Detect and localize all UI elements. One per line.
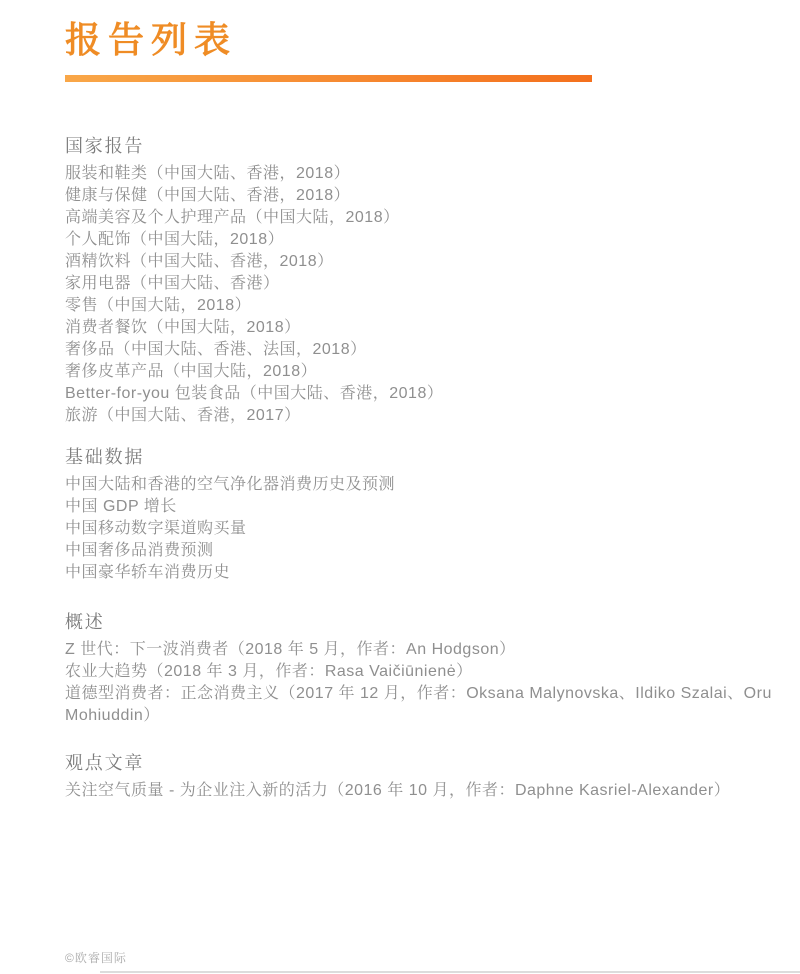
report-list-item: 服装和鞋类（中国大陆、香港，2018）	[65, 163, 775, 185]
report-list-item: 中国 GDP 增长	[65, 496, 775, 518]
report-list-item: Better-for-you 包装食品（中国大陆、香港，2018）	[65, 383, 775, 405]
report-list-item: 中国移动数字渠道购买量	[65, 518, 775, 540]
report-list-item: 关注空气质量 - 为企业注入新的活力（2016 年 10 月，作者：Daphne…	[65, 780, 775, 802]
report-list-item: 奢侈皮革产品（中国大陆，2018）	[65, 361, 775, 383]
report-list-item: 奢侈品（中国大陆、香港、法国，2018）	[65, 339, 775, 361]
report-list: Z 世代：下一波消费者（2018 年 5 月，作者：An Hodgson）农业大…	[65, 639, 775, 727]
report-section: 观点文章 关注空气质量 - 为企业注入新的活力（2016 年 10 月，作者：D…	[65, 751, 775, 802]
report-list-item: 农业大趋势（2018 年 3 月，作者：Rasa Vaičiūnienė）	[65, 661, 775, 683]
section-heading: 国家报告	[65, 134, 775, 158]
section-heading: 概述	[65, 610, 775, 634]
copyright-footer: ©欧睿国际	[65, 951, 127, 966]
report-section: 国家报告 服装和鞋类（中国大陆、香港，2018）健康与保健（中国大陆、香港，20…	[65, 134, 775, 427]
report-sections: 国家报告 服装和鞋类（中国大陆、香港，2018）健康与保健（中国大陆、香港，20…	[65, 134, 775, 802]
report-list-item: 道德型消费者：正念消费主义（2017 年 12 月，作者：Oksana Maly…	[65, 683, 775, 727]
page-title: 报告列表	[65, 20, 775, 60]
report-list-item: Z 世代：下一波消费者（2018 年 5 月，作者：An Hodgson）	[65, 639, 775, 661]
report-list-item: 中国大陆和香港的空气净化器消费历史及预测	[65, 474, 775, 496]
report-list: 服装和鞋类（中国大陆、香港，2018）健康与保健（中国大陆、香港，2018）高端…	[65, 163, 775, 427]
report-list-item: 零售（中国大陆，2018）	[65, 295, 775, 317]
report-list-item: 酒精饮料（中国大陆、香港，2018）	[65, 251, 775, 273]
report-list-item: 个人配饰（中国大陆，2018）	[65, 229, 775, 251]
title-accent-rule	[65, 75, 592, 82]
report-list-item: 高端美容及个人护理产品（中国大陆，2018）	[65, 207, 775, 229]
section-heading: 观点文章	[65, 751, 775, 775]
report-list-item: 健康与保健（中国大陆、香港，2018）	[65, 185, 775, 207]
report-list: 中国大陆和香港的空气净化器消费历史及预测中国 GDP 增长中国移动数字渠道购买量…	[65, 474, 775, 584]
page-bottom-rule	[100, 971, 800, 973]
section-heading: 基础数据	[65, 445, 775, 469]
report-list-item: 中国奢侈品消费预测	[65, 540, 775, 562]
report-section: 基础数据 中国大陆和香港的空气净化器消费历史及预测中国 GDP 增长中国移动数字…	[65, 445, 775, 584]
report-list-item: 家用电器（中国大陆、香港）	[65, 273, 775, 295]
report-list-item: 消费者餐饮（中国大陆，2018）	[65, 317, 775, 339]
report-list-item: 中国豪华轿车消费历史	[65, 562, 775, 584]
report-list: 关注空气质量 - 为企业注入新的活力（2016 年 10 月，作者：Daphne…	[65, 780, 775, 802]
report-list-item: 旅游（中国大陆、香港，2017）	[65, 405, 775, 427]
report-section: 概述 Z 世代：下一波消费者（2018 年 5 月，作者：An Hodgson）…	[65, 610, 775, 727]
report-list-page: 报告列表 国家报告 服装和鞋类（中国大陆、香港，2018）健康与保健（中国大陆、…	[0, 0, 800, 802]
